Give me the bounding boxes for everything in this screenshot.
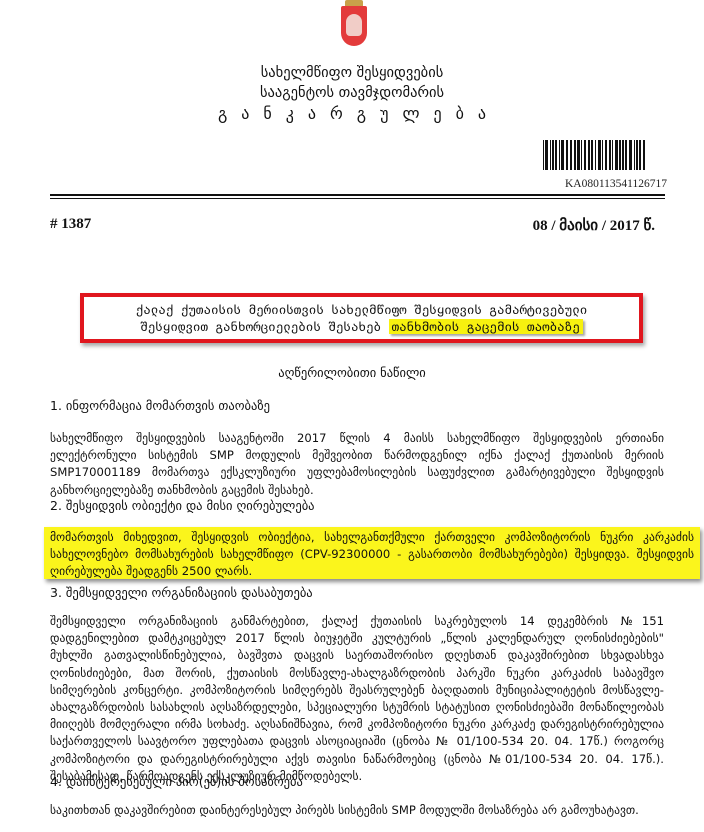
descriptive-part-heading: აღწერილობითი ნაწილი — [0, 365, 704, 380]
document-date: 08 / მაისი / 2017 წ. — [533, 216, 655, 235]
order-title-line-2: შესყიდვით განხორციელების შესახებ თანხმობ… — [140, 318, 583, 335]
order-title-line-1: ქალაქ ქუთაისის მერიისთვის სახელმწიფო შეს… — [136, 301, 588, 318]
section-3-text: შემსყიდველი ორგანიზაციის განმარტებით, ქა… — [50, 613, 664, 785]
section-2-heading: 2. შესყიდვის ობიექტი და მისი ღირებულება — [50, 498, 315, 513]
coat-of-arms-icon — [337, 0, 371, 52]
section-1-text: სახელმწიფო შესყიდვების სააგენტოში 2017 წ… — [50, 430, 664, 499]
issuer-line-1: სახელმწიფო შესყიდვების — [0, 65, 704, 81]
issuer-line-2: სააგენტოს თავმჯდომარის — [0, 85, 704, 101]
section-4-heading: 4. დაინტერესებული პირ(ებ)ის მოსაზრება — [50, 774, 303, 789]
section-3-heading: 3. შემსყიდველი ორგანიზაციის დასაბუთება — [50, 585, 313, 600]
section-2-text: მომართვის მიხედვით, შესყიდვის ობიექტია, … — [50, 529, 694, 581]
section-1-heading: 1. ინფორმაცია მომართვის თაობაზე — [50, 398, 270, 413]
order-title-line-2-prefix: შესყიდვით განხორციელების შესახებ — [140, 319, 388, 334]
header-divider — [50, 194, 665, 199]
order-title-highlight: თანხმობის გაცემის თაობაზე — [389, 319, 583, 334]
order-title-box: ქალაქ ქუთაისის მერიისთვის სახელმწიფო შეს… — [80, 293, 643, 343]
document-number: # 1387 — [50, 216, 91, 233]
section-4-text: საკითხთან დაკავშირებით დაინტერესებულ პირ… — [50, 802, 664, 819]
barcode-number: KA080113541126717 — [560, 178, 667, 190]
st-george-rider-icon — [346, 14, 362, 36]
barcode-icon — [543, 140, 667, 170]
document-type-title: განკარგულება — [0, 104, 704, 123]
